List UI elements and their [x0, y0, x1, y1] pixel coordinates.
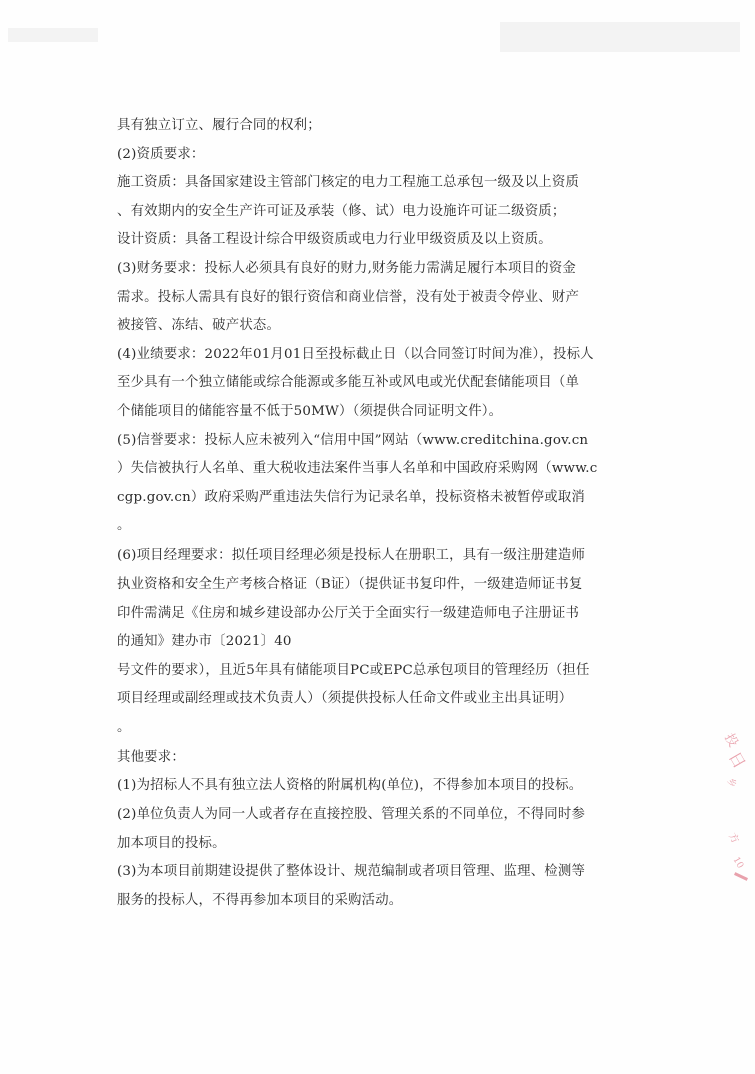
- text-line: 项目经理或副经理或技术负责人）（须提供投标人任命文件或业主出具证明）: [117, 685, 647, 714]
- text-line: 需求。投标人需具有良好的银行资信和商业信誉，没有处于被责令停业、财产: [117, 284, 647, 313]
- stamp-fragment: 投: [721, 729, 744, 750]
- scan-artifact: [500, 22, 740, 52]
- section-heading-qualification: (2)资质要求：: [117, 141, 647, 170]
- text-line: 、有效期内的安全生产许可证及承装（修、试）电力设施许可证二级资质；: [117, 198, 647, 227]
- section-heading-other: 其他要求：: [117, 744, 647, 773]
- stamp-fragment: 日: [724, 747, 752, 772]
- text-line: 加本项目的投标。: [117, 830, 647, 859]
- text-line: (4)业绩要求：2022年01月01日至投标截止日（以合同签订时间为准），投标人: [117, 341, 647, 370]
- stamp-fragment: 方: [726, 829, 744, 845]
- text-line: cgp.gov.cn）政府采购严重违法失信行为记录名单，投标资格未被暂停或取消: [117, 484, 647, 513]
- red-seal-stamp-partial: 投 日 乡 方 10: [722, 730, 755, 890]
- text-line: 的通知》建办市〔2021〕40: [117, 628, 647, 657]
- text-line: (3)为本项目前期建设提供了整体设计、规范编制或者项目管理、监理、检测等: [117, 858, 647, 887]
- text-line: ）失信被执行人名单、重大税收违法案件当事人名单和中国政府采购网（www.c: [117, 455, 647, 484]
- text-line: 执业资格和安全生产考核合格证（B证）（提供证书复印件，一级建造师证书复: [117, 571, 647, 600]
- text-line: 个储能项目的储能容量不低于50MW）（须提供合同证明文件）。: [117, 398, 647, 427]
- text-line: 施工资质：具备国家建设主管部门核定的电力工程施工总承包一级及以上资质: [117, 169, 647, 198]
- document-page: 具有独立订立、履行合同的权利； (2)资质要求： 施工资质：具备国家建设主管部门…: [0, 0, 755, 1074]
- stamp-border-arc: [734, 872, 748, 881]
- text-line: 被接管、冻结、破产状态。: [117, 312, 647, 341]
- text-line: 服务的投标人，不得再参加本项目的采购活动。: [117, 887, 647, 916]
- text-line: (1)为招标人不具有独立法人资格的附属机构(单位)，不得参加本项目的投标。: [117, 772, 647, 801]
- text-line: (2)单位负责人为同一人或者存在直接控股、管理关系的不同单位，不得同时参: [117, 801, 647, 830]
- text-line: 设计资质：具备工程设计综合甲级资质或电力行业甲级资质及以上资质。: [117, 226, 647, 255]
- text-line: (3)财务要求：投标人必须具有良好的财力,财务能力需满足履行本项目的资金: [117, 255, 647, 284]
- text-line: 。: [117, 512, 647, 542]
- text-line: 。: [117, 714, 647, 744]
- text-line: (5)信誉要求：投标人应未被列入“信用中国”网站（www.creditchina…: [117, 427, 647, 456]
- stamp-fragment: 10: [731, 856, 745, 871]
- stamp-fragment: 乡: [725, 775, 741, 789]
- text-line: 具有独立订立、履行合同的权利；: [117, 112, 647, 141]
- document-body: 具有独立订立、履行合同的权利； (2)资质要求： 施工资质：具备国家建设主管部门…: [117, 112, 647, 915]
- text-line: 号文件的要求），且近5年具有储能项目PC或EPC总承包项目的管理经历（担任: [117, 657, 647, 686]
- scan-artifact: [8, 28, 98, 42]
- text-line: 至少具有一个独立储能或综合能源或多能互补或风电或光伏配套储能项目（单: [117, 369, 647, 398]
- text-line: 印件需满足《住房和城乡建设部办公厅关于全面实行一级建造师电子注册证书: [117, 600, 647, 629]
- text-line: (6)项目经理要求：拟任项目经理必须是投标人在册职工，具有一级注册建造师: [117, 542, 647, 571]
